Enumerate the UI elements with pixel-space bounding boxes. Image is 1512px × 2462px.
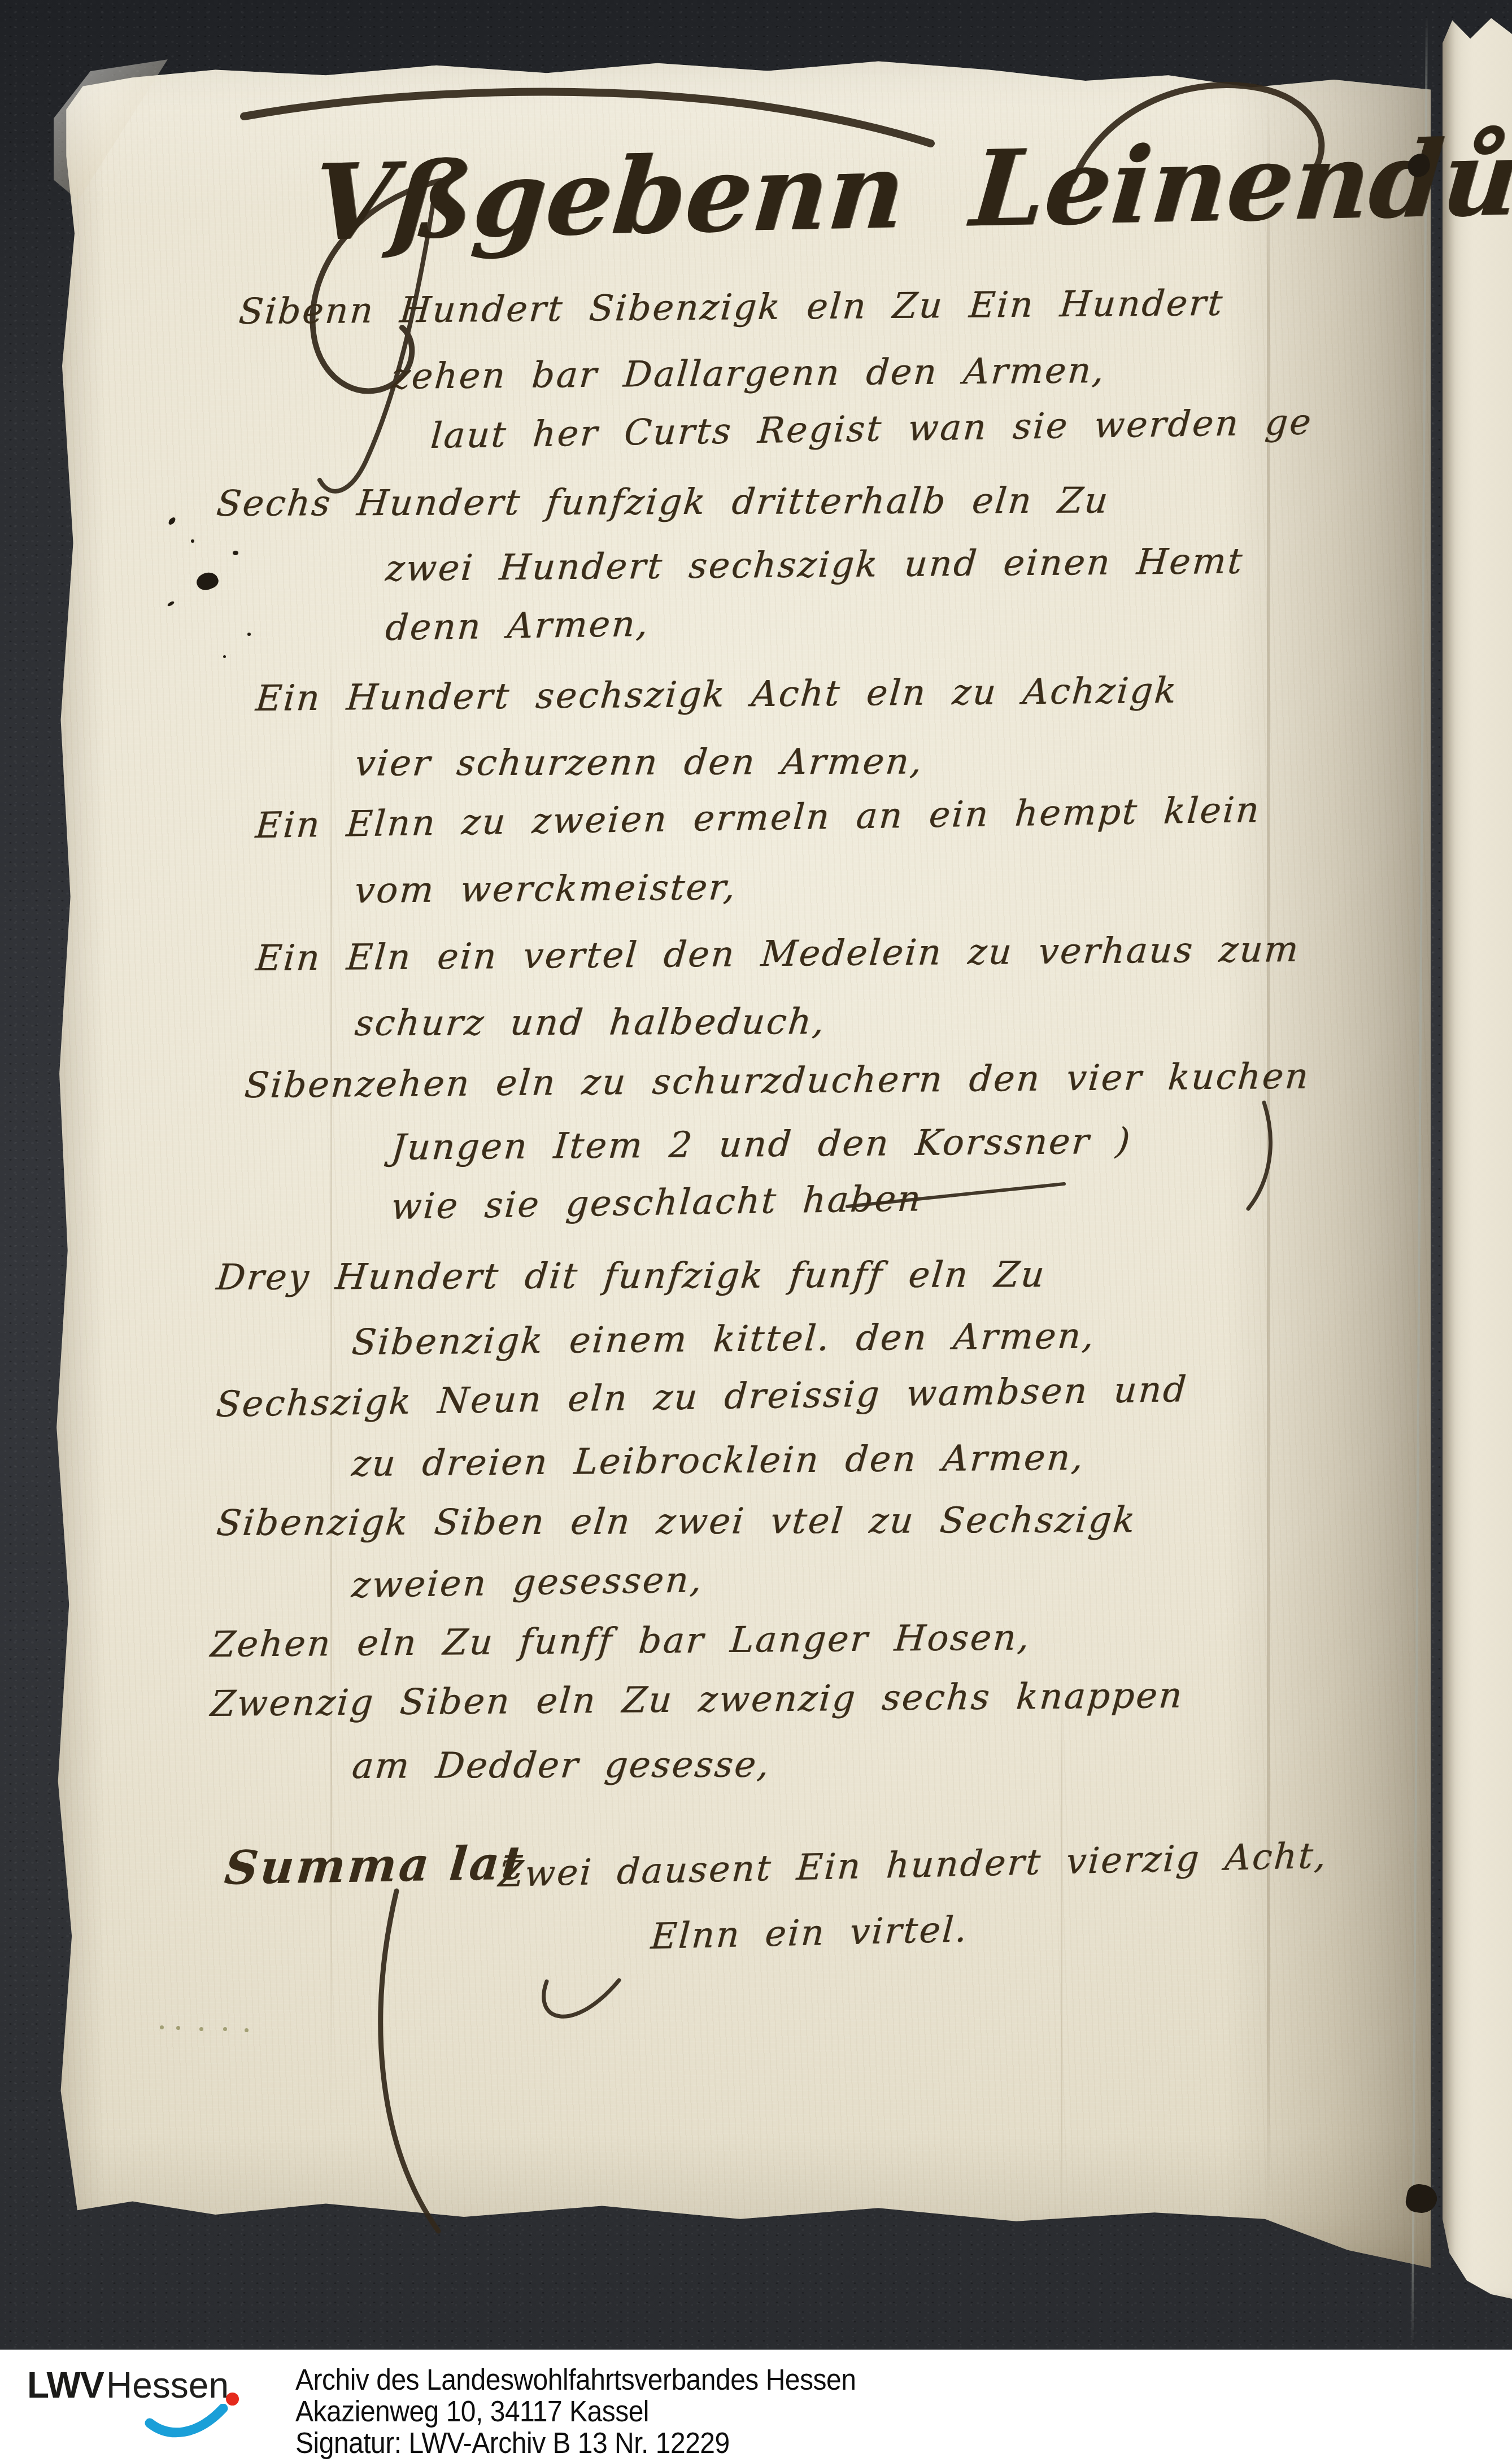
ink-speck xyxy=(233,551,238,555)
paper-crease xyxy=(330,621,332,2118)
manuscript-line: zu dreien Leibrocklein den Armen, xyxy=(350,1437,1086,1484)
manuscript-line: Sechs Hundert funfzigk dritterhalb eln Z… xyxy=(215,480,1112,524)
manuscript-line: vom werckmeister, xyxy=(353,866,738,911)
archive-name: Archiv des Landeswohlfahrtsverbandes Hes… xyxy=(295,2364,856,2396)
logo-text-hessen: Hessen xyxy=(106,2364,229,2406)
manuscript-line: zehen bar Dallargenn den Armen, xyxy=(390,350,1107,397)
logo-text-lwv: LWV xyxy=(27,2364,104,2406)
manuscript-line: Sibenn Hundert Sibenzigk eln Zu Ein Hund… xyxy=(237,282,1226,332)
stain-dot xyxy=(223,2027,227,2031)
manuscript-line: Sibenzigk Siben eln zwei vtel zu Sechszi… xyxy=(215,1499,1139,1544)
stain-dot xyxy=(199,2027,203,2031)
manuscript-line: zweien gesessen, xyxy=(350,1559,704,1606)
manuscript-line: schurz und halbeduch, xyxy=(353,1001,828,1044)
manuscript-line: Zwenzig Siben eln Zu zwenzig sechs knapp… xyxy=(209,1675,1185,1724)
stain-dot xyxy=(160,2025,164,2029)
stain-dot xyxy=(176,2026,180,2030)
manuscript-line: Zehen eln Zu funff bar Langer Hosen, xyxy=(209,1616,1032,1665)
summa-label: Summa lat xyxy=(223,1836,528,1895)
manuscript-line: Jungen Item 2 und den Korssner ) xyxy=(390,1121,1133,1168)
manuscript-line: Sibenzigk einem kittel. den Armen, xyxy=(350,1315,1097,1363)
ink-speck xyxy=(191,539,194,543)
ink-speck xyxy=(247,633,251,636)
footer-bar: LWV Hessen Archiv des Landeswohlfahrtsve… xyxy=(0,2350,1512,2462)
adjacent-page-edge xyxy=(1443,16,1512,2299)
scanned-archive-page: { "scan": { "heading": "Vßgebenn Leinend… xyxy=(0,0,1512,2462)
manuscript-line: denn Armen, xyxy=(384,603,651,648)
manuscript-line: Drey Hundert dit funfzigk funff eln Zu xyxy=(215,1254,1048,1298)
stain-dot xyxy=(245,2028,249,2032)
manuscript-line: Ein Hundert sechszigk Acht eln zu Achzig… xyxy=(254,670,1179,719)
manuscript-line: wie sie geschlacht haben xyxy=(390,1178,923,1227)
manuscript-line: vier schurzenn den Armen, xyxy=(353,740,926,784)
archive-info: Archiv des Landeswohlfahrtsverbandes Hes… xyxy=(295,2364,856,2459)
archive-address: Akazienweg 10, 34117 Kassel xyxy=(295,2396,856,2428)
ink-speck xyxy=(223,655,226,658)
logo-swoosh-icon xyxy=(144,2404,229,2439)
paper-crease xyxy=(1061,1666,1062,2231)
summa-total-2: Elnn ein virtel. xyxy=(650,1908,970,1957)
archive-signature: Signatur: LWV-Archiv B 13 Nr. 12229 xyxy=(295,2428,856,2459)
manuscript-line: am Dedder gesesse, xyxy=(350,1744,773,1786)
manuscript-line: zwei Hundert sechszigk und einen Hemt xyxy=(384,541,1245,589)
